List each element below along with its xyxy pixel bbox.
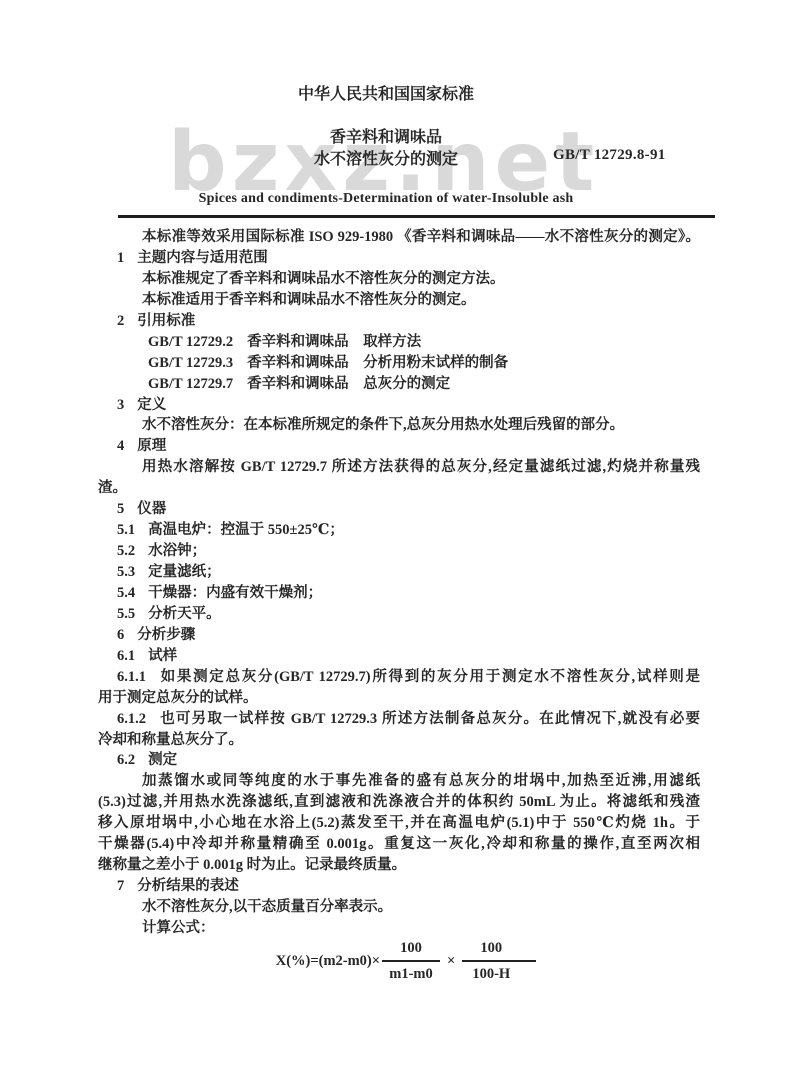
body-line: 移入原坩埚中,小心地在水浴上(5.2)蒸发至干,并在高温电炉(5.1)中于 55… xyxy=(98,813,700,834)
clause-number: 6.1.1 xyxy=(117,667,146,688)
section-number: 7 xyxy=(117,876,124,897)
clause-6-2: 6.2测定 xyxy=(98,750,700,771)
clause-6-1: 6.1试样 xyxy=(98,646,700,667)
section-title: 仪器 xyxy=(137,501,166,517)
body-line: 用于测定总灰分的试样。 xyxy=(98,688,700,709)
section-title: 原理 xyxy=(137,438,166,454)
section-5-heading: 5仪器 xyxy=(98,499,700,520)
clause-5-3: 5.3定量滤纸； xyxy=(98,562,700,583)
reference-code: GB/T 12729.3 xyxy=(148,353,233,374)
reference-code: GB/T 12729.2 xyxy=(148,332,233,353)
section-number: 6 xyxy=(117,625,124,646)
formula-fraction-1: 100 m1-m0 xyxy=(382,940,440,983)
clause-5-1: 5.1高温电炉：控温于 550±25℃； xyxy=(98,520,700,541)
section-title: 引用标准 xyxy=(137,313,195,329)
clause-text: 如果测定总灰分(GB/T 12729.7)所得到的灰分用于测定水不溶性灰分,试样… xyxy=(159,669,700,685)
section-number: 1 xyxy=(117,248,124,269)
fraction-numerator: 100 xyxy=(480,940,502,960)
clause-text: 也可另取一试样按 GB/T 12729.3 所述方法制备总灰分。在此情况下,就没… xyxy=(159,711,700,727)
clause-6-1-1: 6.1.1如果测定总灰分(GB/T 12729.7)所得到的灰分用于测定水不溶性… xyxy=(98,667,700,688)
clause-text: 高温电炉：控温于 550±25℃； xyxy=(148,522,344,538)
body-line: 水不溶性灰分：在本标准所规定的条件下,总灰分用热水处理后残留的部分。 xyxy=(98,415,700,436)
clause-text: 干燥器：内盛有效干燥剂； xyxy=(148,585,322,601)
formula-lhs: X(%)=(m2-m0)× xyxy=(276,953,380,970)
clause-5-4: 5.4干燥器：内盛有效干燥剂； xyxy=(98,583,700,604)
clause-number: 5.3 xyxy=(117,562,135,583)
clause-number: 6.1.2 xyxy=(117,709,146,730)
calculation-formula: X(%)=(m2-m0)× 100 m1-m0 × 100 100-H xyxy=(98,940,700,983)
section-title: 分析结果的表述 xyxy=(137,878,239,894)
section-1-heading: 1主题内容与适用范围 xyxy=(98,248,700,269)
section-number: 5 xyxy=(117,499,124,520)
clause-text: 分析天平。 xyxy=(148,606,221,622)
section-number: 4 xyxy=(117,436,124,457)
body-line: 加蒸馏水或同等纯度的水于事先准备的盛有总灰分的坩埚中,加热至近沸,用滤纸 xyxy=(98,771,700,792)
section-3-heading: 3定义 xyxy=(98,395,700,416)
body-line: 干燥器(5.4)中冷却并称量精确至 0.001g。重复这一灰化,冷却和称量的操作… xyxy=(98,834,700,855)
multiplication-sign: × xyxy=(447,953,455,970)
clause-6-1-2: 6.1.2也可另取一试样按 GB/T 12729.3 所述方法制备总灰分。在此情… xyxy=(98,709,700,730)
section-number: 2 xyxy=(117,311,124,332)
reference-code: GB/T 12729.7 xyxy=(148,374,233,395)
clause-number: 6.2 xyxy=(117,750,135,771)
formula-label-line: 计算公式： xyxy=(98,918,700,939)
standard-code: GB/T 12729.8-91 xyxy=(553,147,666,164)
clause-text: 测定 xyxy=(148,752,177,768)
section-7-heading: 7分析结果的表述 xyxy=(98,876,700,897)
document-body: 本标准等效采用国际标准 ISO 929-1980 《香辛料和调味品——水不溶性灰… xyxy=(98,227,700,939)
body-line: 用热水溶解按 GB/T 12729.7 所述方法获得的总灰分,经定量滤纸过滤,灼… xyxy=(98,457,700,478)
reference-title: 香辛料和调味品 取样方法 xyxy=(247,334,421,350)
header-divider-rule xyxy=(118,215,715,218)
clause-5-2: 5.2水浴钟； xyxy=(98,541,700,562)
clause-number: 5.4 xyxy=(117,583,135,604)
reference-item: GB/T 12729.7香辛料和调味品 总灰分的测定 xyxy=(98,374,700,395)
section-6-heading: 6分析步骤 xyxy=(98,625,700,646)
body-line: 冷却和称量总灰分了。 xyxy=(98,730,700,751)
reference-title: 香辛料和调味品 分析用粉末试样的制备 xyxy=(247,355,508,371)
body-line: 继称量之差小于 0.001g 时为止。记录最终质量。 xyxy=(98,855,700,876)
clause-number: 5.2 xyxy=(117,541,135,562)
fraction-numerator: 100 xyxy=(400,940,422,960)
section-title: 定义 xyxy=(137,397,166,413)
body-line: 本标准适用于香辛料和调味品水不溶性灰分的测定。 xyxy=(98,290,700,311)
reference-title: 香辛料和调味品 总灰分的测定 xyxy=(247,376,450,392)
fraction-denominator: m1-m0 xyxy=(389,962,433,983)
clause-text: 水浴钟； xyxy=(148,543,206,559)
body-line: 渣。 xyxy=(98,478,700,499)
national-standard-title: 中华人民共和国国家标准 xyxy=(98,81,700,104)
body-line: (5.3)过滤,并用热水洗涤滤纸,直到滤液和洗涤液合并的体积约 50mL 为止。… xyxy=(98,792,700,813)
body-line: 水不溶性灰分,以干态质量百分率表示。 xyxy=(98,897,700,918)
english-title: Spices and condiments-Determination of w… xyxy=(98,191,700,207)
formula-fraction-2: 100 100-H xyxy=(462,940,520,983)
standard-subject-title: 香辛料和调味品 xyxy=(98,124,700,147)
fraction-denominator: 100-H xyxy=(472,962,510,983)
section-title: 分析步骤 xyxy=(137,627,195,643)
reference-item: GB/T 12729.3香辛料和调味品 分析用粉末试样的制备 xyxy=(98,353,700,374)
reference-item: GB/T 12729.2香辛料和调味品 取样方法 xyxy=(98,332,700,353)
clause-number: 5.5 xyxy=(117,604,135,625)
body-line: 本标准规定了香辛料和调味品水不溶性灰分的测定方法。 xyxy=(98,269,700,290)
clause-number: 5.1 xyxy=(117,520,135,541)
section-4-heading: 4原理 xyxy=(98,436,700,457)
clause-text: 定量滤纸； xyxy=(148,564,221,580)
clause-text: 试样 xyxy=(148,648,177,664)
section-title: 主题内容与适用范围 xyxy=(137,250,268,266)
clause-number: 6.1 xyxy=(117,646,135,667)
section-2-heading: 2引用标准 xyxy=(98,311,700,332)
clause-5-5: 5.5分析天平。 xyxy=(98,604,700,625)
section-number: 3 xyxy=(117,395,124,416)
intro-paragraph: 本标准等效采用国际标准 ISO 929-1980 《香辛料和调味品——水不溶性灰… xyxy=(98,227,700,248)
